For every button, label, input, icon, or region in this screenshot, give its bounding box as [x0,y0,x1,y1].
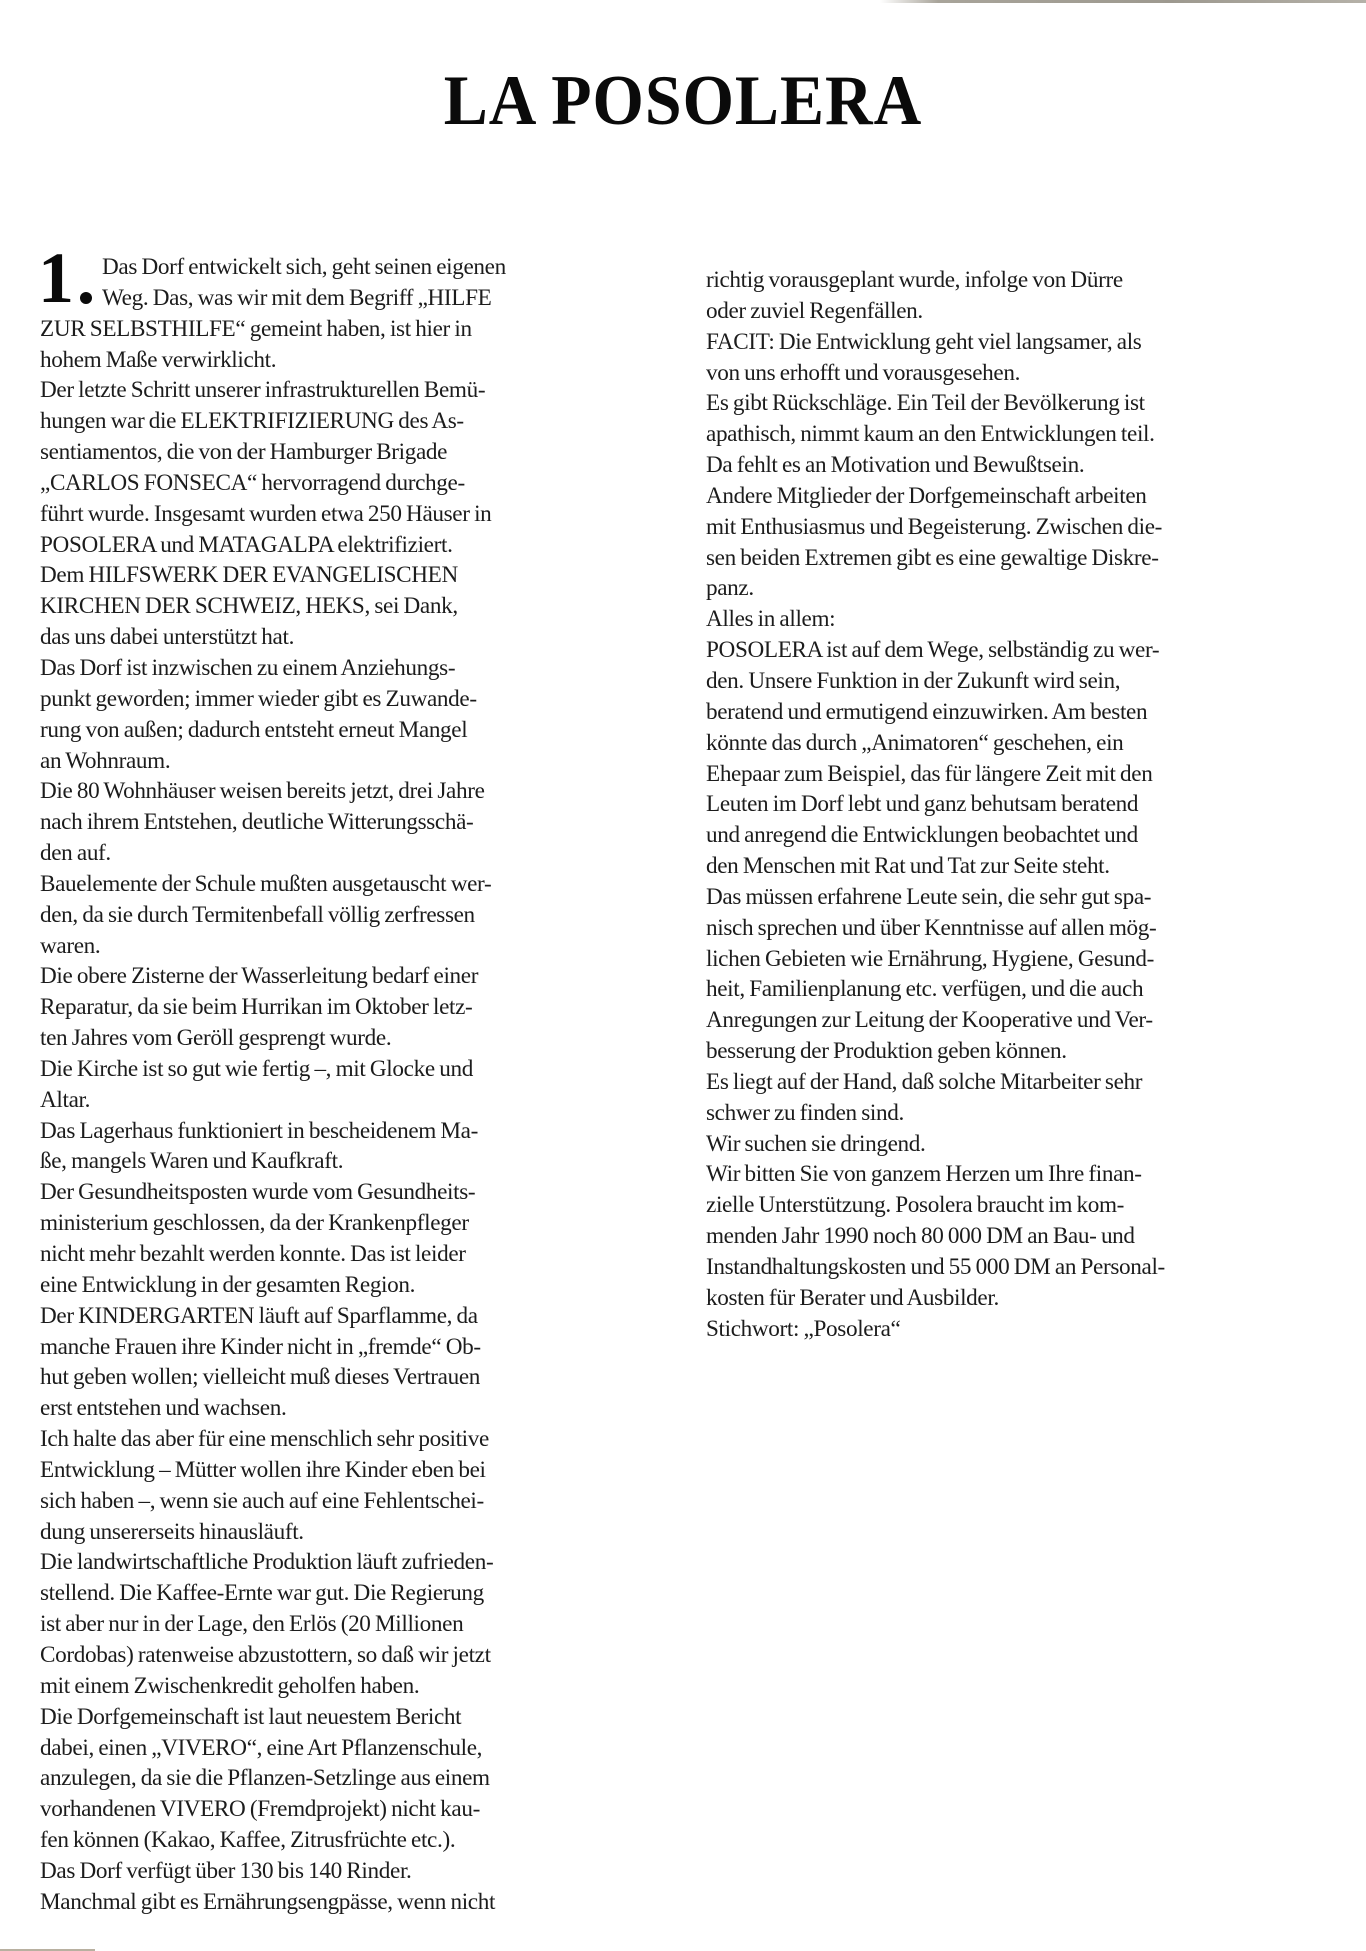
text-line: Wir bitten Sie von ganzem Herzen um Ihre… [706,1159,1336,1190]
text-line: richtig vorausgeplant wurde, infolge von… [706,265,1336,296]
text-line: vorhandenen VIVERO (Fremdprojekt) nicht … [40,1794,660,1825]
text-line: an Wohnraum. [40,746,660,777]
dropcap-bullet-icon [80,292,92,304]
text-line: lichen Gebieten wie Ernährung, Hygiene, … [706,944,1336,975]
text-line: anzulegen, da sie die Pflanzen-Setzlinge… [40,1763,660,1794]
text-line: Die landwirtschaftliche Produktion läuft… [40,1547,660,1578]
text-line: kosten für Berater und Ausbilder. [706,1283,1336,1314]
right-column-text: richtig vorausgeplant wurde, infolge von… [706,265,1336,1345]
text-line: Das Lagerhaus funktioniert in bescheiden… [40,1116,660,1147]
text-line: nisch sprechen und über Kenntnisse auf a… [706,913,1336,944]
text-line: mit einem Zwischenkredit geholfen haben. [40,1671,660,1702]
text-line: zielle Unterstützung. Posolera braucht i… [706,1190,1336,1221]
text-line: ministerium geschlossen, da der Krankenp… [40,1208,660,1239]
text-line: ten Jahres vom Geröll gesprengt wurde. [40,1023,660,1054]
text-line: Der Gesundheitsposten wurde vom Gesundhe… [40,1177,660,1208]
text-line: dabei, einen „VIVERO“, eine Art Pflanzen… [40,1733,660,1764]
text-line: panz. [706,573,1336,604]
text-line: stellend. Die Kaffee-Ernte war gut. Die … [40,1578,660,1609]
text-line: oder zuviel Regenfällen. [706,296,1336,327]
text-line: Andere Mitglieder der Dorfgemeinschaft a… [706,481,1336,512]
text-line: heit, Familienplanung etc. verfügen, und… [706,974,1336,1005]
text-line: menden Jahr 1990 noch 80 000 DM an Bau- … [706,1221,1336,1252]
text-line: Es gibt Rückschläge. Ein Teil der Bevölk… [706,388,1336,419]
left-column: 1 Das Dorf entwickelt sich, geht seinen … [40,252,660,1918]
text-line: Die Kirche ist so gut wie fertig –, mit … [40,1054,660,1085]
text-line: Stichwort: „Posolera“ [706,1314,1336,1345]
text-line: Der KINDERGARTEN läuft auf Sparflamme, d… [40,1301,660,1332]
text-line: Dem HILFSWERK DER EVANGELISCHEN [40,560,660,591]
left-column-text: Das Dorf entwickelt sich, geht seinen ei… [40,252,660,1918]
text-line: Entwicklung – Mütter wollen ihre Kinder … [40,1455,660,1486]
text-line: Das Dorf entwickelt sich, geht seinen ei… [40,252,660,283]
text-line: das uns dabei unterstützt hat. [40,622,660,653]
text-line: den, da sie durch Termitenbefall völlig … [40,900,660,931]
text-line: Der letzte Schritt unserer infrastruktur… [40,375,660,406]
text-line: Ehepaar zum Beispiel, das für längere Ze… [706,759,1336,790]
text-line: KIRCHEN DER SCHWEIZ, HEKS, sei Dank, [40,591,660,622]
text-line: rung von außen; dadurch entsteht erneut … [40,715,660,746]
text-line: sentiamentos, die von der Hamburger Brig… [40,437,660,468]
section-number-dropcap: 1 [38,246,74,310]
text-line: Instandhaltungskosten und 55 000 DM an P… [706,1252,1336,1283]
text-line: führt wurde. Insgesamt wurden etwa 250 H… [40,499,660,530]
page-title: LA POSOLERA [0,58,1366,144]
text-line: Leuten im Dorf lebt und ganz behutsam be… [706,789,1336,820]
text-line: Es liegt auf der Hand, daß solche Mitarb… [706,1067,1336,1098]
text-line: manche Frauen ihre Kinder nicht in „frem… [40,1332,660,1363]
text-line: eine Entwicklung in der gesamten Region. [40,1270,660,1301]
text-line: Ich halte das aber für eine menschlich s… [40,1424,660,1455]
text-line: Das Dorf ist inzwischen zu einem Anziehu… [40,653,660,684]
text-line: nicht mehr bezahlt werden konnte. Das is… [40,1239,660,1270]
text-line: sen beiden Extremen gibt es eine gewalti… [706,543,1336,574]
text-line: den Menschen mit Rat und Tat zur Seite s… [706,851,1336,882]
text-line: hut geben wollen; vielleicht muß dieses … [40,1362,660,1393]
text-line: POSOLERA ist auf dem Wege, selbständig z… [706,635,1336,666]
text-line: ße, mangels Waren und Kaufkraft. [40,1146,660,1177]
text-line: ist aber nur in der Lage, den Erlös (20 … [40,1609,660,1640]
text-line: Weg. Das, was wir mit dem Begriff „HILFE [40,283,660,314]
text-line: ZUR SELBSTHILFE“ gemeint haben, ist hier… [40,314,660,345]
text-line: „CARLOS FONSECA“ hervorragend durchge- [40,468,660,499]
text-line: Die obere Zisterne der Wasserleitung bed… [40,961,660,992]
text-line: Die Dorfgemeinschaft ist laut neuestem B… [40,1702,660,1733]
text-line: Das Dorf verfügt über 130 bis 140 Rinder… [40,1856,660,1887]
text-line: den auf. [40,838,660,869]
scan-edge-top [880,0,1366,3]
text-line: Manchmal gibt es Ernährungsengpässe, wen… [40,1887,660,1918]
text-line: POSOLERA und MATAGALPA elektrifiziert. [40,530,660,561]
text-line: Die 80 Wohnhäuser weisen bereits jetzt, … [40,776,660,807]
text-line: hohem Maße verwirklicht. [40,345,660,376]
text-line: und anregend die Entwicklungen beobachte… [706,820,1336,851]
text-line: Reparatur, da sie beim Hurrikan im Oktob… [40,992,660,1023]
text-line: nach ihrem Entstehen, deutliche Witterun… [40,807,660,838]
text-line: fen können (Kakao, Kaffee, Zitrusfrüchte… [40,1825,660,1856]
text-line: Bauelemente der Schule mußten ausgetausc… [40,869,660,900]
text-line: dung unsererseits hinausläuft. [40,1517,660,1548]
text-line: könnte das durch „Animatoren“ geschehen,… [706,728,1336,759]
text-line: Anregungen zur Leitung der Kooperative u… [706,1005,1336,1036]
text-line: Altar. [40,1085,660,1116]
text-line: den. Unsere Funktion in der Zukunft wird… [706,666,1336,697]
text-line: Alles in allem: [706,604,1336,635]
text-line: mit Enthusiasmus und Begeisterung. Zwisc… [706,512,1336,543]
text-line: erst entstehen und wachsen. [40,1393,660,1424]
text-line: waren. [40,931,660,962]
text-line: apathisch, nimmt kaum an den Entwicklung… [706,419,1336,450]
text-line: sich haben –, wenn sie auch auf eine Feh… [40,1486,660,1517]
right-column: richtig vorausgeplant wurde, infolge von… [706,265,1336,1345]
text-line: Cordobas) ratenweise abzustottern, so da… [40,1640,660,1671]
text-line: Da fehlt es an Motivation und Bewußtsein… [706,450,1336,481]
text-line: schwer zu finden sind. [706,1098,1336,1129]
text-line: Wir suchen sie dringend. [706,1129,1336,1160]
text-line: besserung der Produktion geben können. [706,1036,1336,1067]
text-line: von uns erhofft und vorausgesehen. [706,358,1336,389]
text-line: punkt geworden; immer wieder gibt es Zuw… [40,684,660,715]
text-line: FACIT: Die Entwicklung geht viel langsam… [706,327,1336,358]
text-line: beratend und ermutigend einzuwirken. Am … [706,697,1336,728]
text-line: Das müssen erfahrene Leute sein, die seh… [706,882,1336,913]
text-line: hungen war die ELEKTRIFIZIERUNG des As- [40,406,660,437]
